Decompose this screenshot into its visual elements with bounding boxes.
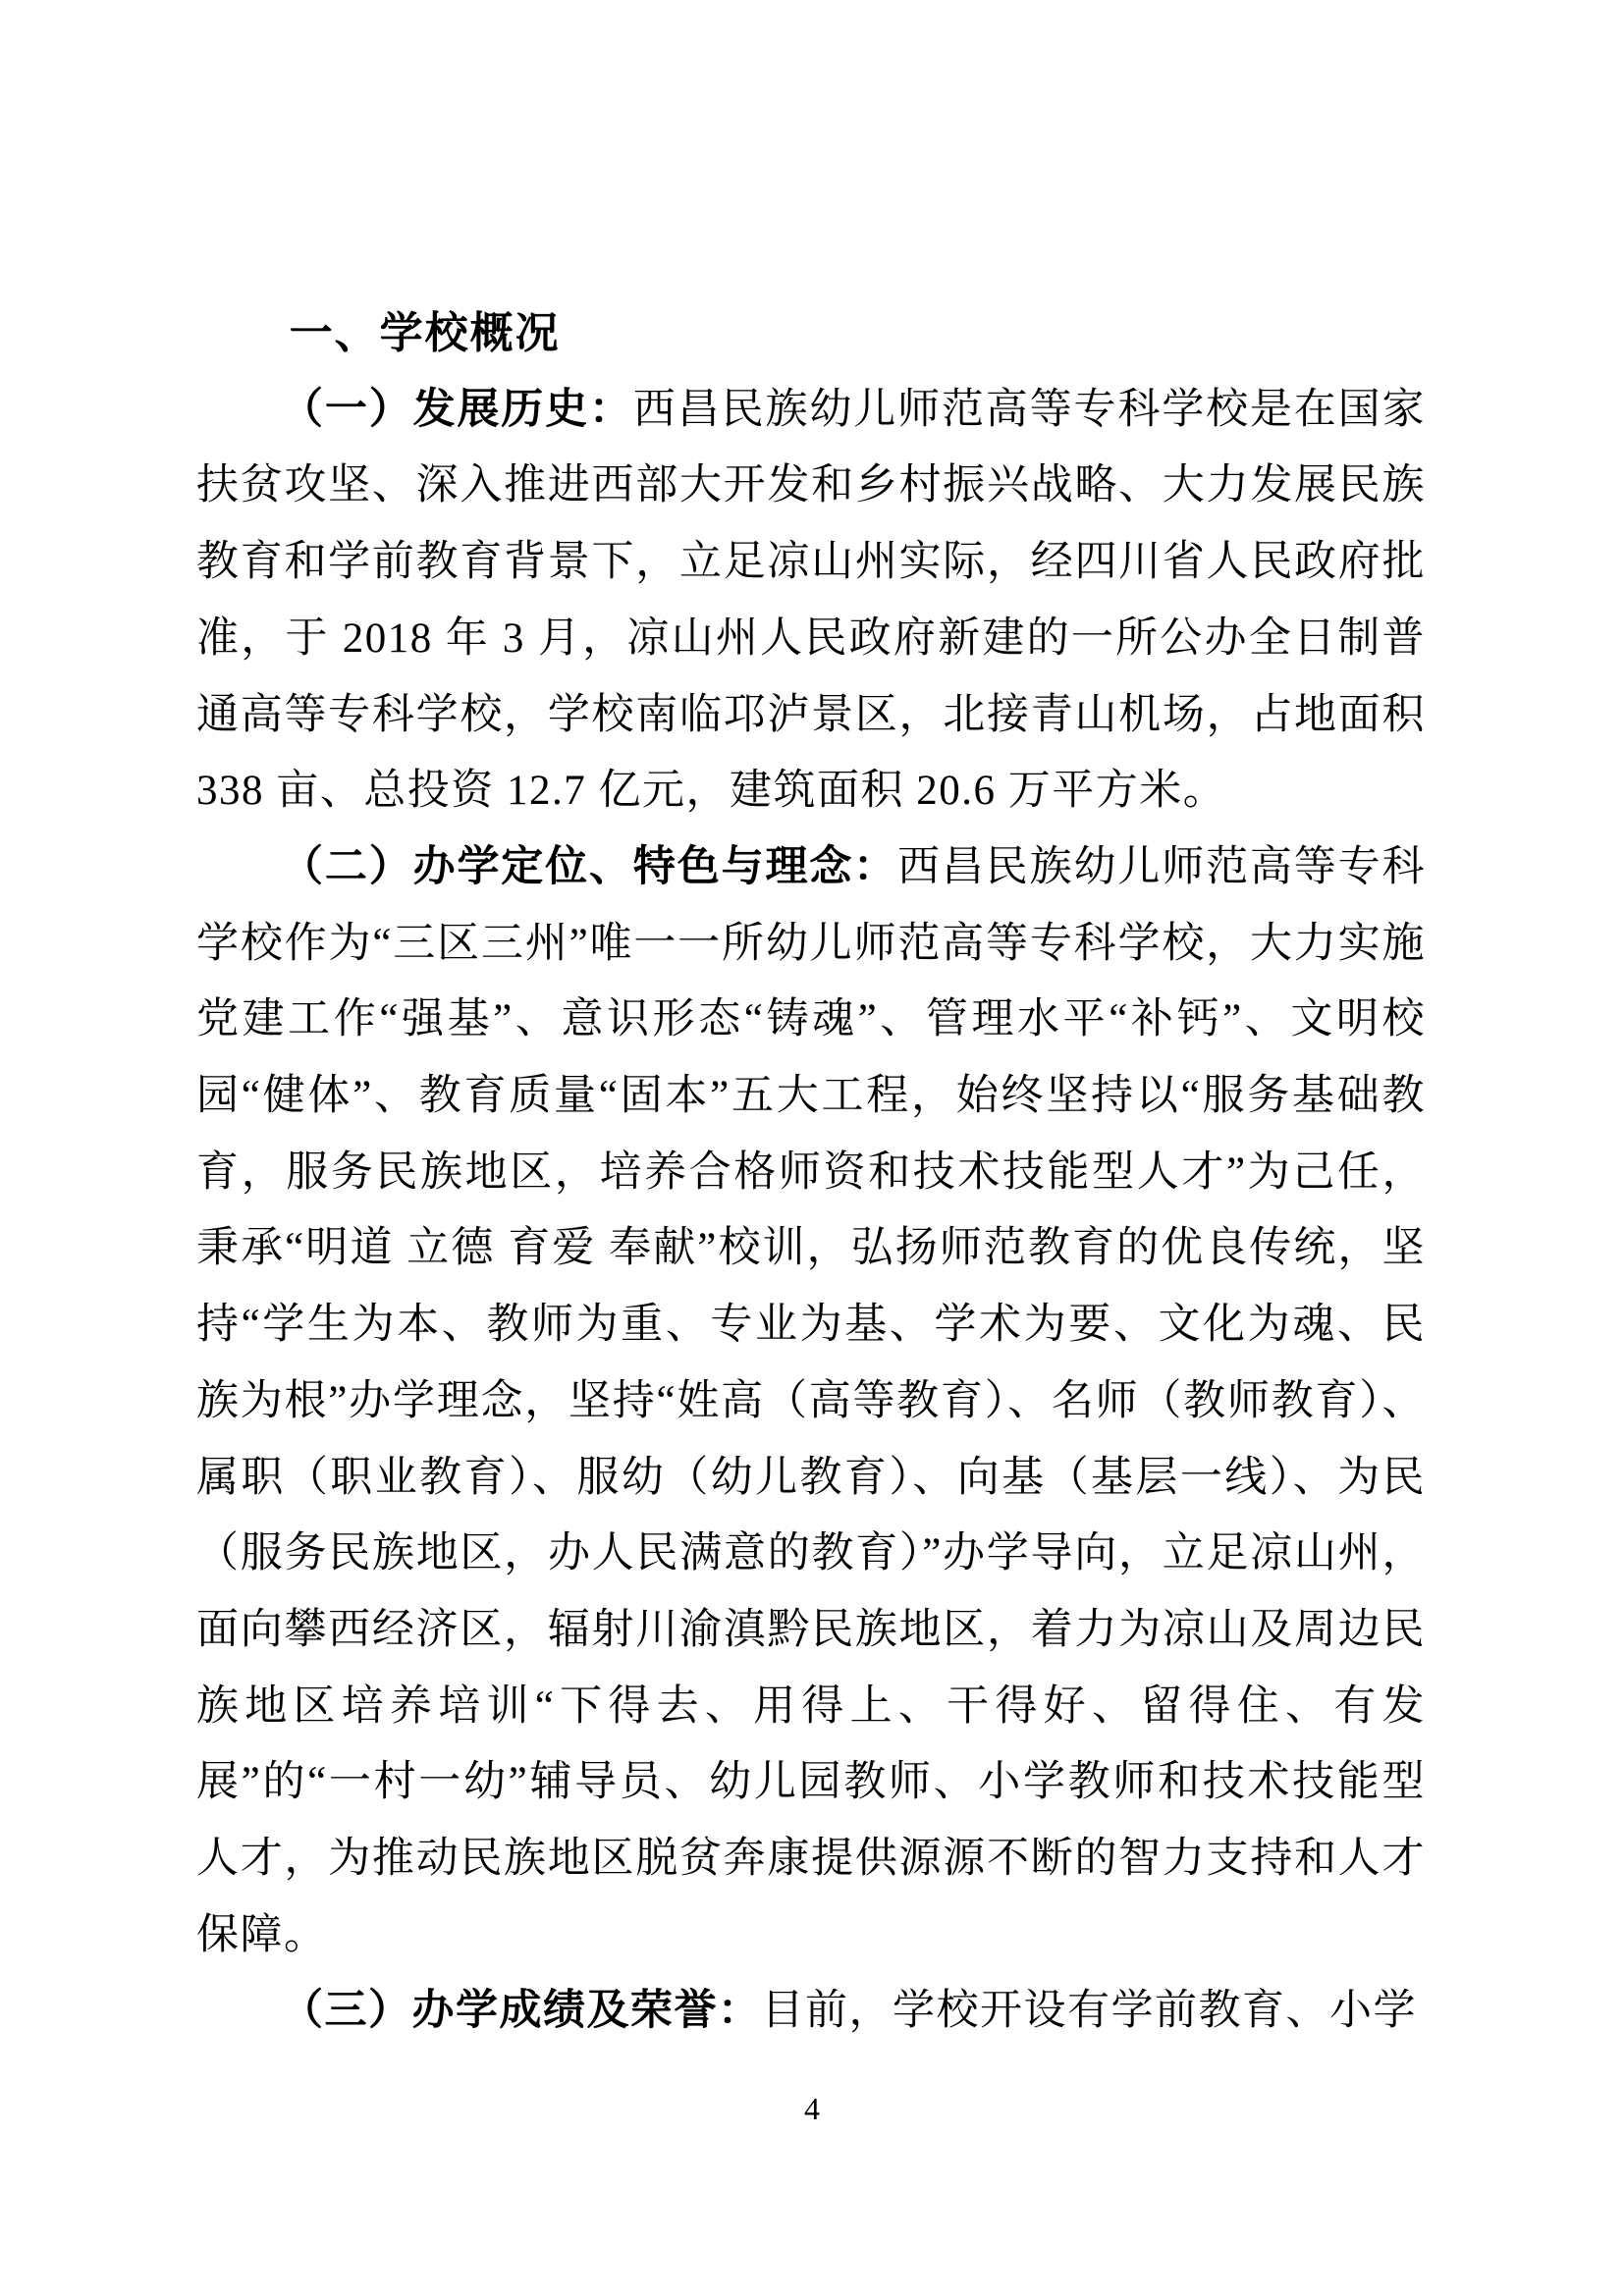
paragraph-development-history: （一）发展历史：西昌民族幼儿师范高等专科学校是在国家扶贫攻坚、深入推进西部大开发… (196, 372, 1426, 829)
paragraph-achievements-honors-lead: （三）办学成绩及荣誉： (281, 1988, 762, 2034)
paragraph-development-history-lead: （一）发展历史： (281, 387, 633, 433)
paragraph-achievements-honors: （三）办学成绩及荣誉：目前，学校开设有学前教育、小学 (196, 1973, 1426, 2050)
paragraph-development-history-body: 西昌民族幼儿师范高等专科学校是在国家扶贫攻坚、深入推进西部大开发和乡村振兴战略、… (196, 387, 1426, 815)
document-page: 一、学校概况 （一）发展历史：西昌民族幼儿师范高等专科学校是在国家扶贫攻坚、深入… (0, 0, 1624, 2296)
document-content: 一、学校概况 （一）发展历史：西昌民族幼儿师范高等专科学校是在国家扶贫攻坚、深入… (196, 295, 1426, 2050)
paragraph-achievements-honors-body: 目前，学校开设有学前教育、小学 (762, 1988, 1418, 2034)
paragraph-positioning-features-philosophy-body: 西昌民族幼儿师范高等专科学校作为“三区三州”唯一一所幼儿师范高等专科学校，大力实… (196, 844, 1426, 1958)
paragraph-positioning-features-philosophy-lead: （二）办学定位、特色与理念： (281, 844, 897, 890)
paragraph-positioning-features-philosophy: （二）办学定位、特色与理念：西昌民族幼儿师范高等专科学校作为“三区三州”唯一一所… (196, 829, 1426, 1974)
page-number: 4 (0, 2089, 1624, 2128)
section-heading: 一、学校概况 (196, 295, 1426, 372)
